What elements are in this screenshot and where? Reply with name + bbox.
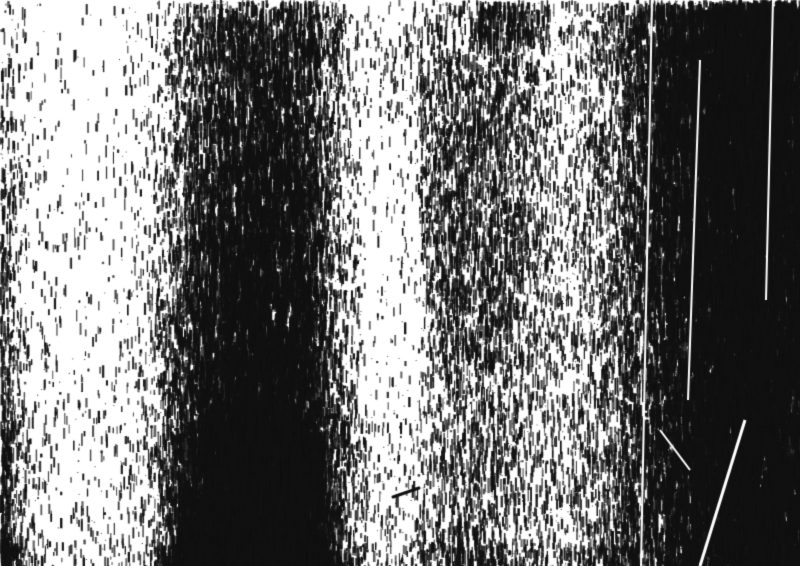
- grunge-texture-canvas: [0, 0, 800, 566]
- grunge-texture: [0, 0, 800, 566]
